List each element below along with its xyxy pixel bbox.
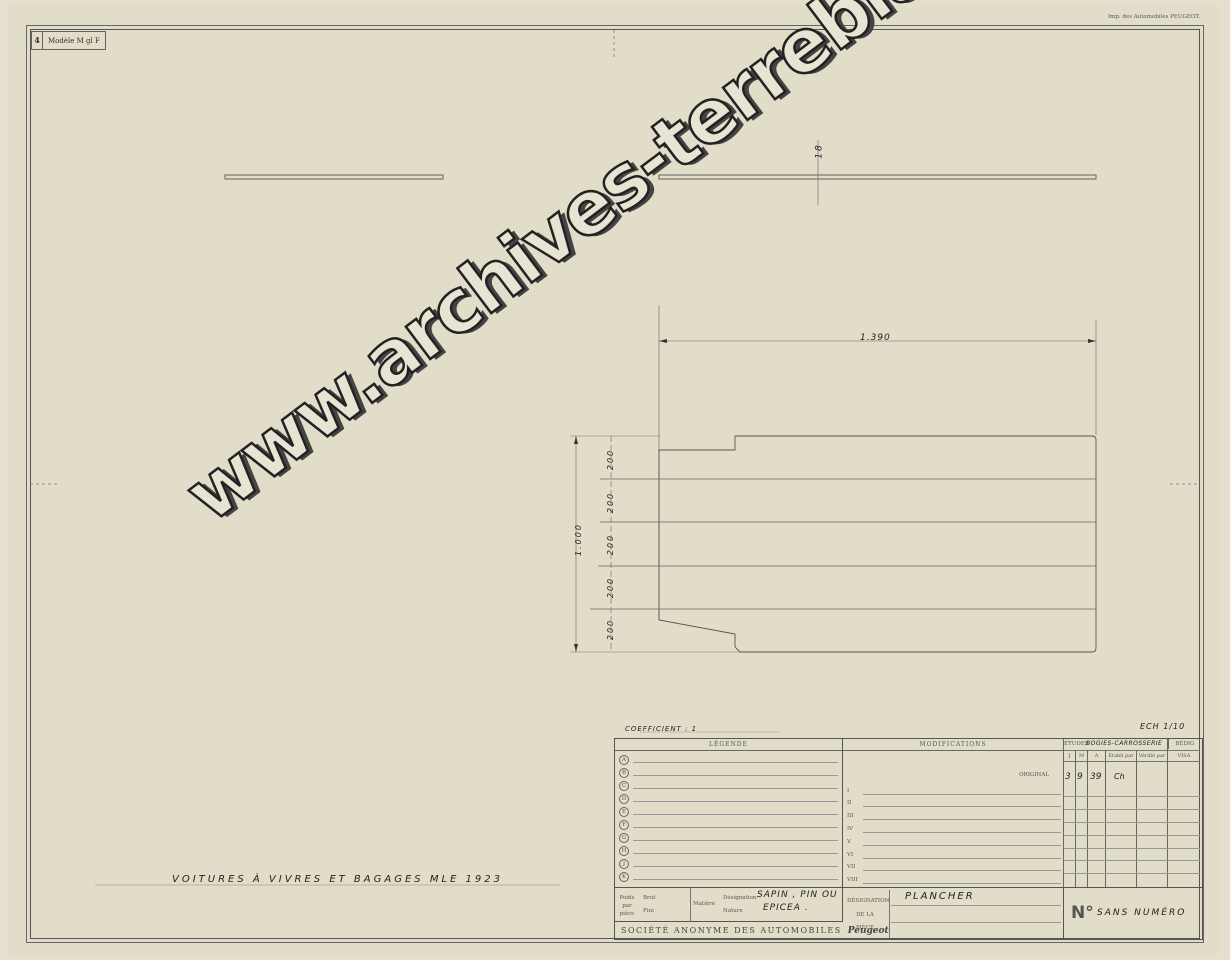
title-block: LÉGENDE A B C D E F G H J K MODIFICATION… (614, 738, 1203, 940)
original-etabli-par: Ch (1114, 772, 1125, 781)
original-day: 3 (1065, 772, 1071, 782)
height-dimension: 1.000 (574, 523, 583, 556)
column-verifie-par: Vérifié par (1137, 750, 1167, 762)
roman-numeral: III (847, 813, 861, 819)
etudes-section: ÉTUDES BOGIES-CARROSSERIE BÉDIG J M A Ét… (1064, 739, 1200, 887)
part-number-prefix: N° (1071, 903, 1094, 923)
legend-letter: C (619, 781, 629, 791)
roman-numeral: VI (847, 852, 861, 858)
weight-fini-label: Fini (643, 908, 654, 914)
column-month: M (1076, 750, 1087, 762)
modification-row: II (847, 797, 1061, 809)
original-month: 9 (1077, 772, 1083, 782)
legend-row: K (619, 870, 838, 883)
legend-row: D (619, 792, 838, 805)
legend-letter: J (619, 859, 629, 869)
legend-row: E (619, 805, 838, 818)
designation-piece-label-2: DE LA (847, 912, 883, 918)
legend-letter: D (619, 794, 629, 804)
etudes-department: BOGIES-CARROSSERIE (1086, 740, 1162, 747)
designation-label: Désignation (723, 895, 756, 901)
modifications-heading: MODIFICATIONS (843, 739, 1063, 751)
legend-row: G (619, 831, 838, 844)
matiere-label: Matière (693, 901, 715, 907)
column-day: J (1064, 750, 1075, 762)
weight-brut-label: Brut (643, 895, 655, 901)
legend-section: LÉGENDE A B C D E F G H J K (615, 739, 843, 887)
roman-numeral: VII (847, 864, 861, 870)
scale: ECH 1/10 (1140, 722, 1185, 731)
modification-row: IV (847, 823, 1061, 835)
legend-letter: F (619, 820, 629, 830)
part-number-value: SANS NUMÉRO (1097, 908, 1186, 918)
drawing-title: VOITURES À VIVRES ET BAGAGES Mle 1923 (172, 874, 503, 885)
column-year: A (1088, 750, 1105, 762)
part-designation: PLANCHER (905, 891, 975, 902)
etudes-heading: ÉTUDES (1064, 739, 1080, 749)
modification-row: III (847, 810, 1061, 822)
roman-numeral: V (847, 839, 861, 845)
board-dimension: 200 (606, 534, 615, 555)
approval-heading: BÉDIG (1168, 739, 1201, 749)
legend-row: F (619, 818, 838, 831)
legend-row: J (619, 857, 838, 870)
legend-row: C (619, 779, 838, 792)
original-year: 39 (1090, 772, 1101, 782)
material-nature: EPICEA . (763, 903, 809, 913)
weight-label: Poids par pièce (618, 894, 636, 918)
board-dimension: 200 (606, 619, 615, 640)
modifications-section: MODIFICATIONS ORIGINAL I II III IV V VI … (843, 739, 1064, 887)
legend-letter: K (619, 872, 629, 882)
designation-piece-label-3: PIÈCE (847, 925, 883, 931)
legend-letter: A (619, 755, 629, 765)
roman-numeral: I (847, 788, 861, 794)
modification-row: VIII (847, 874, 1061, 886)
nature-label: Nature (723, 908, 743, 914)
material-designation: SAPIN , PIN ou (757, 890, 838, 900)
modification-row: I (847, 785, 1061, 797)
legend-heading: LÉGENDE (615, 739, 842, 751)
original-label: ORIGINAL (1019, 772, 1049, 778)
legend-letter: E (619, 807, 629, 817)
legend-letter: B (619, 768, 629, 778)
roman-numeral: IV (847, 826, 861, 832)
roman-numeral: VIII (847, 877, 861, 883)
legend-row: A (619, 753, 838, 766)
designation-piece-label-1: DÉSIGNATION (847, 898, 883, 904)
bottom-band: Poids par pièce Brut Fini Matière Désign… (615, 887, 1202, 940)
legend-row: H (619, 844, 838, 857)
board-dimension: 200 (606, 577, 615, 598)
board-dimension: 200 (606, 449, 615, 470)
coefficient: COEFFICIENT : 1 (625, 725, 697, 733)
legend-letter: G (619, 833, 629, 843)
legend-row: B (619, 766, 838, 779)
column-etabli-par: Établi par (1106, 750, 1136, 762)
thickness-dimension: 18 (815, 143, 825, 158)
modification-row: VII (847, 861, 1061, 873)
company-text: SOCIÉTÉ ANONYME DES AUTOMOBILES (621, 926, 842, 935)
roman-numeral: II (847, 800, 861, 806)
modification-row: V (847, 836, 1061, 848)
modification-row: VI (847, 849, 1061, 861)
width-dimension: 1.390 (860, 333, 891, 343)
board-dimension: 200 (606, 492, 615, 513)
legend-letter: H (619, 846, 629, 856)
column-visa: VISA (1168, 750, 1200, 762)
